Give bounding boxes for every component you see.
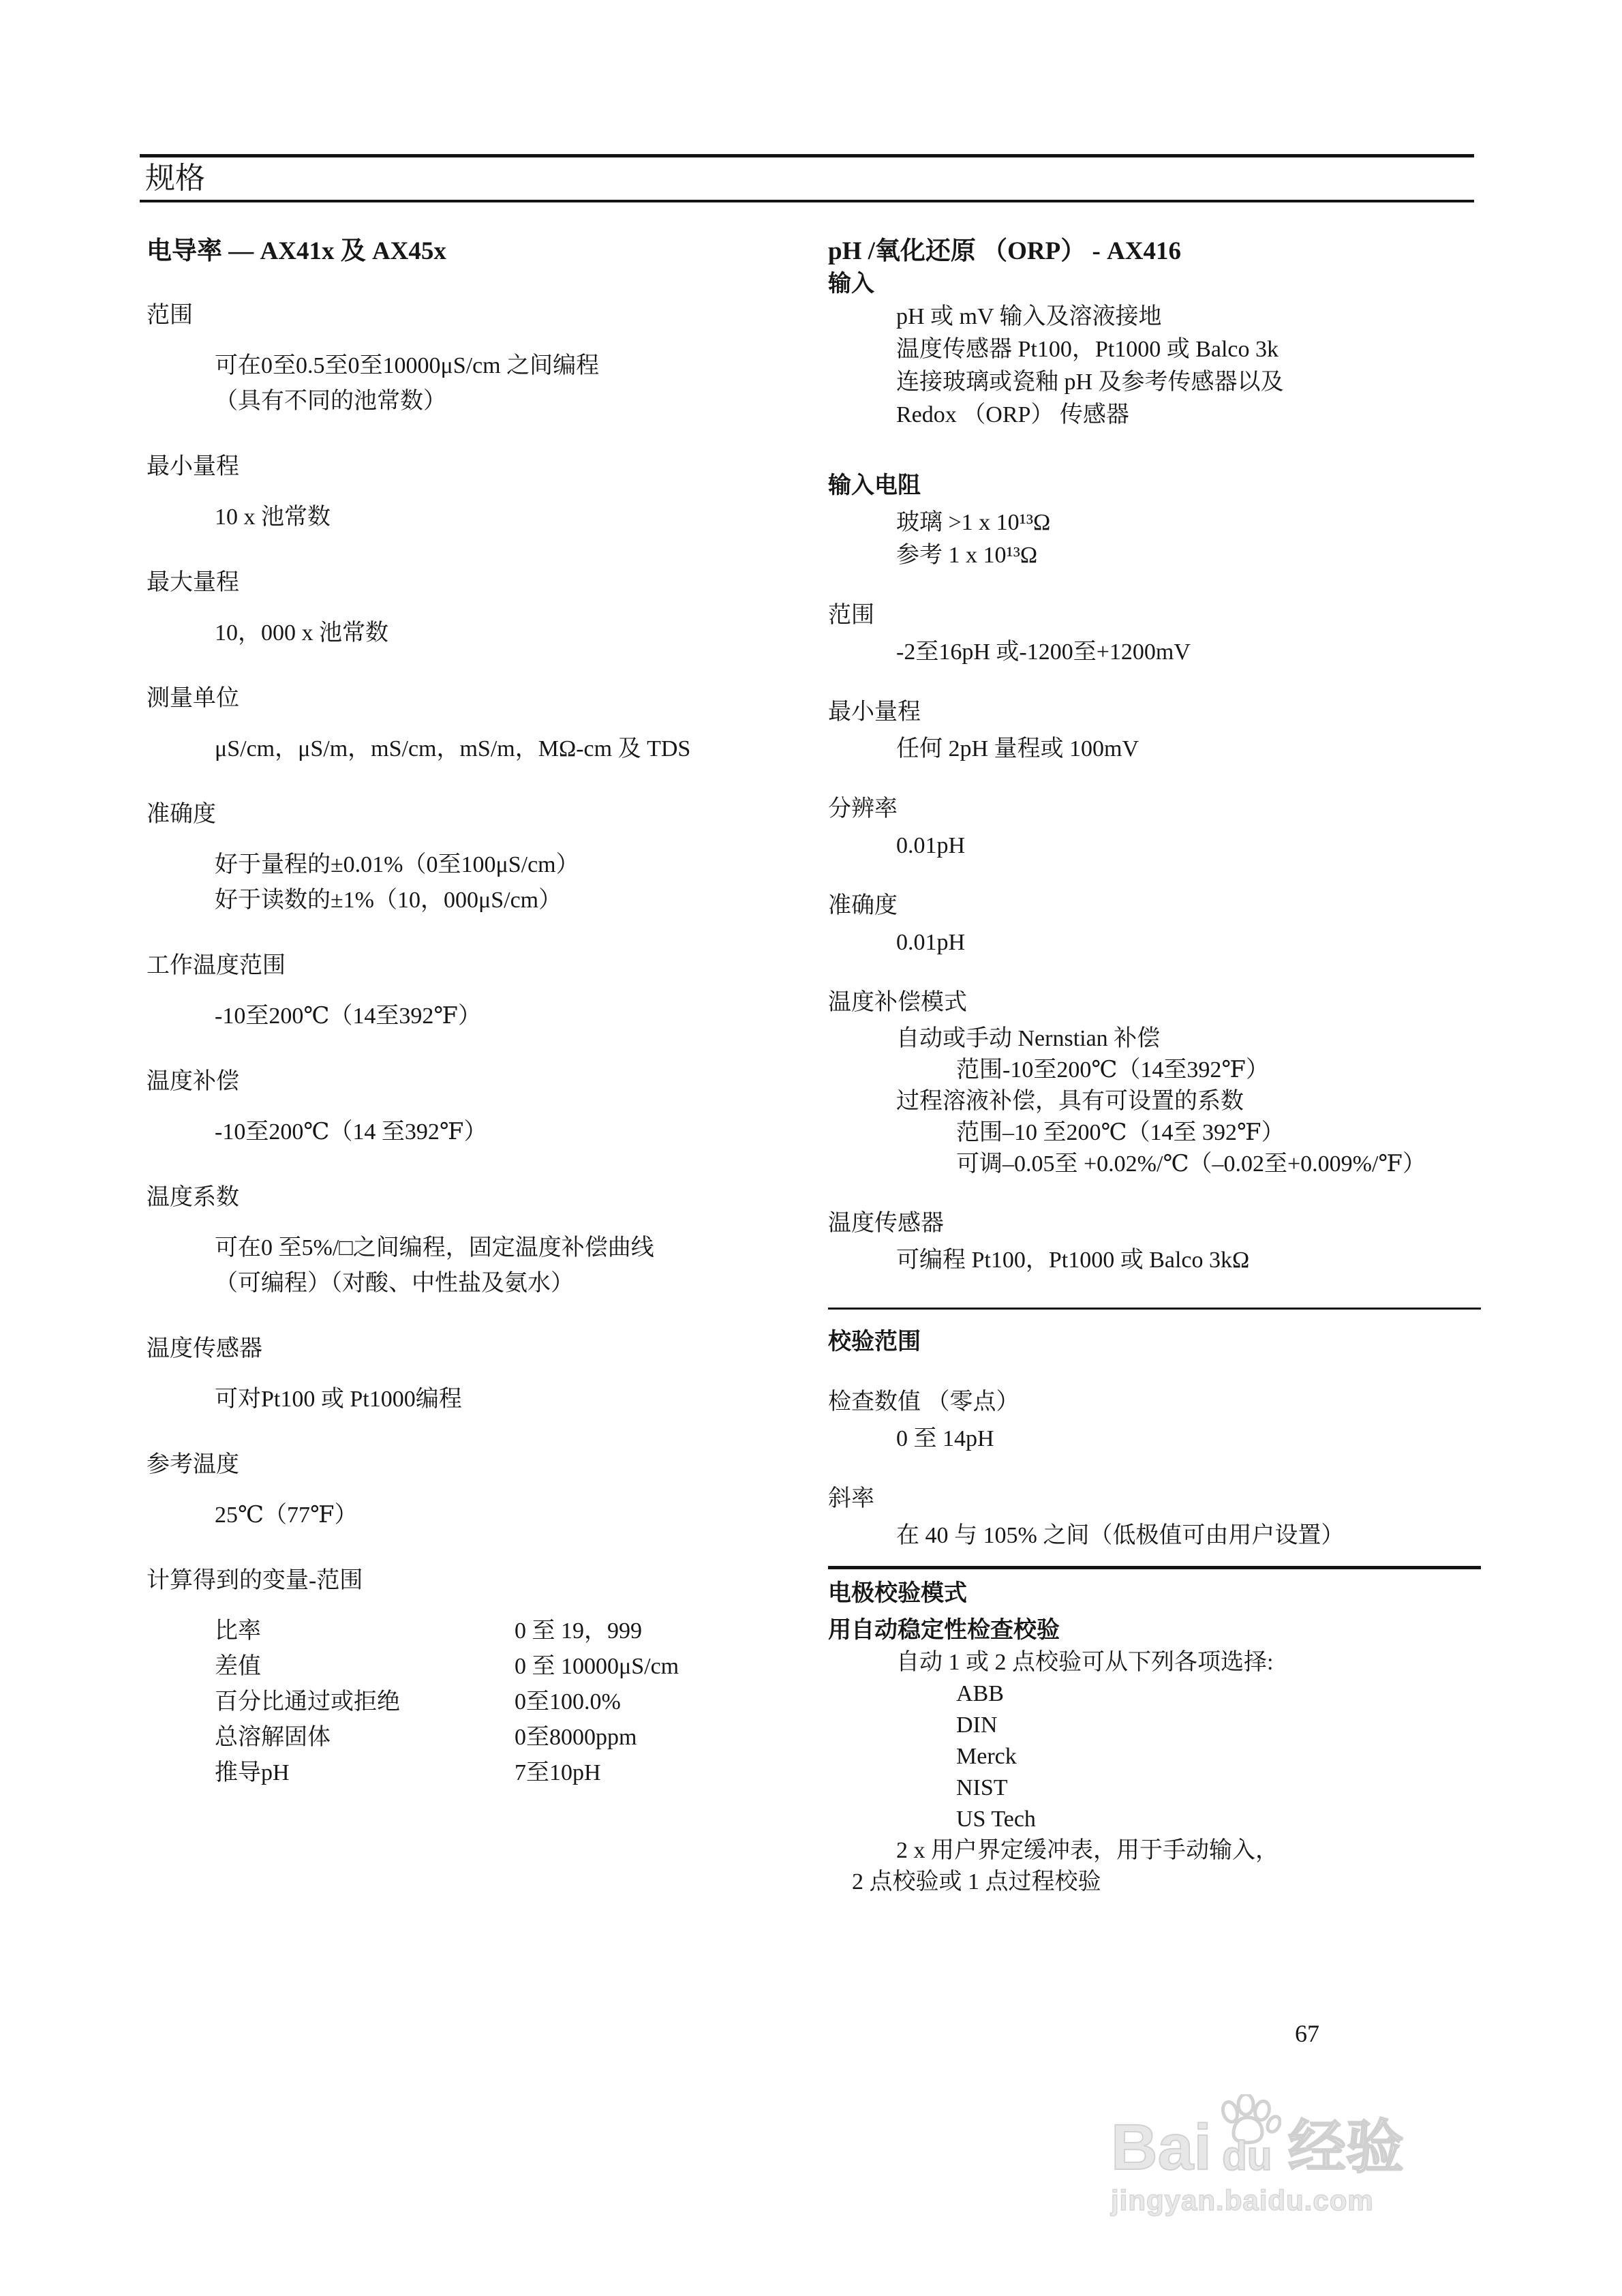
section-heading: 测量单位 xyxy=(147,682,791,715)
left-section-temp-coeff: 温度系数 可在0 至5%/□之间编程，固定温度补偿曲线 （可编程）（对酸、中性盐… xyxy=(147,1181,791,1301)
watermark-bai-text: Bai xyxy=(1111,2121,1212,2175)
watermark-paw-du: du xyxy=(1213,2094,1281,2175)
section-line: 过程溶液补偿，具有可设置的系数 xyxy=(828,1086,1481,1117)
left-column: 电导率 — AX41x 及 AX45x 范围 可在0至0.5至0至10000μS… xyxy=(147,235,791,1791)
buffer-option: Merck xyxy=(828,1741,1481,1772)
right-section-temp-comp-modes: 温度补偿模式 自动或手动 Nernstian 补偿 范围-10至200℃（14至… xyxy=(828,986,1481,1180)
section-line: 可在0 至5%/□之间编程，固定温度补偿曲线 xyxy=(147,1230,791,1266)
row-value: 7至10pH xyxy=(515,1760,601,1785)
left-section-max-span: 最大量程 10，000 x 池常数 xyxy=(147,567,791,651)
section-line: 0.01pH xyxy=(828,830,1481,862)
right-section-input-impedance: 输入电阻 玻璃 >1 x 10¹³Ω 参考 1 x 10¹³Ω xyxy=(828,470,1481,572)
section-line: 25℃（77℉） xyxy=(147,1498,791,1533)
left-section-accuracy: 准确度 好于量程的±0.01%（0至100μS/cm） 好于读数的±1%（10，… xyxy=(147,798,791,918)
section-heading: 参考温度 xyxy=(147,1449,791,1481)
section-heading: 温度系数 xyxy=(147,1181,791,1214)
row-value: 0 至 10000μS/cm xyxy=(515,1654,679,1679)
section-line: -10至200℃（14 至392℉） xyxy=(147,1115,791,1150)
section-heading: 工作温度范围 xyxy=(147,950,791,982)
section-line: Redox （ORP） 传感器 xyxy=(828,399,1481,432)
page-title: 规格 xyxy=(140,157,1474,200)
left-section-operating-temp: 工作温度范围 -10至200℃（14至392℉） xyxy=(147,950,791,1034)
left-section-temp-sensor: 温度传感器 可对Pt100 或 Pt1000编程 xyxy=(147,1333,791,1417)
section-heading: 温度传感器 xyxy=(147,1333,791,1365)
section-heading: 范围 xyxy=(828,599,1481,632)
section-heading: 最小量程 xyxy=(828,696,1481,729)
conductivity-title: 电导率 — AX41x 及 AX45x xyxy=(147,235,791,268)
left-section-range: 范围 可在0至0.5至0至10000μS/cm 之间编程 （具有不同的池常数） xyxy=(147,299,791,419)
section-heading: 准确度 xyxy=(147,798,791,831)
page-number: 67 xyxy=(1295,2019,1319,2048)
section-heading: 分辨率 xyxy=(828,793,1481,826)
section-line: 任何 2pH 量程或 100mV xyxy=(828,733,1481,766)
section-heading: 斜率 xyxy=(828,1483,1481,1515)
section-line: 可调–0.05至 +0.02%/℃（–0.02至+0.009%/℉） xyxy=(828,1149,1481,1180)
section-line: 10 x 池常数 xyxy=(147,500,791,535)
watermark-logo: Bai du 经验 xyxy=(1111,2049,1404,2175)
ph-orp-title: pH /氧化还原 （ORP） - AX416 xyxy=(828,235,1481,268)
section-heading: 输入 xyxy=(828,268,1481,301)
section-line: 玻璃 >1 x 10¹³Ω xyxy=(828,507,1481,539)
row-label: 总溶解固体 xyxy=(215,1720,515,1755)
right-section-resolution: 分辨率 0.01pH xyxy=(828,793,1481,862)
section-line: （具有不同的池常数） xyxy=(147,384,791,419)
section-line: 范围–10 至200℃（14至 392℉） xyxy=(828,1117,1481,1149)
right-column: pH /氧化还原 （ORP） - AX416 输入 pH 或 mV 输入及溶液接… xyxy=(828,235,1481,1898)
section-line: 可对Pt100 或 Pt1000编程 xyxy=(147,1382,791,1417)
left-section-calc-vars: 计算得到的变量-范围 比率0 至 19，999 差值0 至 10000μS/cm… xyxy=(147,1565,791,1791)
right-section-temp-sensor: 温度传感器 可编程 Pt100，Pt1000 或 Balco 3kΩ xyxy=(828,1207,1481,1277)
section-line: （可编程）（对酸、中性盐及氨水） xyxy=(147,1266,791,1301)
section-heading: 电极校验模式 xyxy=(828,1577,1481,1610)
table-row: 百分比通过或拒绝0至100.0% xyxy=(147,1685,791,1720)
section-heading: 范围 xyxy=(147,299,791,332)
section-line: 在 40 与 105% 之间（低极值可由用户设置） xyxy=(828,1520,1481,1552)
section-line: -2至16pH 或-1200至+1200mV xyxy=(828,636,1481,669)
section-heading: 输入电阻 xyxy=(828,470,1481,502)
buffer-option: US Tech xyxy=(828,1804,1481,1835)
section-line: 0.01pH xyxy=(828,926,1481,959)
row-value: 0 至 19，999 xyxy=(515,1618,642,1644)
table-row: 比率0 至 19，999 xyxy=(147,1614,791,1649)
row-label: 比率 xyxy=(215,1614,515,1649)
right-section-check-value: 检查数值 （零点） 0 至 14pH xyxy=(828,1386,1481,1455)
section-heading: 准确度 xyxy=(828,890,1481,922)
watermark-url: jingyan.baidu.com xyxy=(1111,2184,1404,2217)
section-line: -10至200℃（14至392℉） xyxy=(147,999,791,1034)
section-line: 2 点校验或 1 点过程校验 xyxy=(828,1867,1481,1898)
section-heading: 最小量程 xyxy=(147,451,791,483)
row-value: 0至100.0% xyxy=(515,1689,621,1715)
buffer-option: DIN xyxy=(828,1710,1481,1741)
row-label: 差值 xyxy=(215,1649,515,1685)
page-header: 规格 xyxy=(140,154,1474,202)
section-line: 好于量程的±0.01%（0至100μS/cm） xyxy=(147,847,791,883)
section-line: 10，000 x 池常数 xyxy=(147,616,791,651)
right-section-accuracy: 准确度 0.01pH xyxy=(828,890,1481,959)
section-line: 自动或手动 Nernstian 补偿 xyxy=(828,1023,1481,1055)
section-line: 可编程 Pt100，Pt1000 或 Balco 3kΩ xyxy=(828,1244,1481,1277)
divider-line xyxy=(828,1308,1481,1310)
row-label: 推导pH xyxy=(215,1755,515,1791)
left-section-ref-temp: 参考温度 25℃（77℉） xyxy=(147,1449,791,1533)
section-line: μS/cm，μS/m，mS/cm，mS/m，MΩ-cm 及 TDS xyxy=(147,731,791,767)
baidu-jingyan-watermark: Bai du 经验 jingyan.baidu.com xyxy=(1111,2049,1404,2217)
section-heading: 最大量程 xyxy=(147,567,791,599)
section-line: 自动 1 或 2 点校验可从下列各项选择: xyxy=(828,1647,1481,1678)
section-heading: 温度补偿模式 xyxy=(828,986,1481,1019)
table-row: 总溶解固体0至8000ppm xyxy=(147,1720,791,1755)
section-heading: 用自动稳定性检查校验 xyxy=(828,1614,1481,1647)
section-line: 可在0至0.5至0至10000μS/cm 之间编程 xyxy=(147,348,791,384)
row-label: 百分比通过或拒绝 xyxy=(215,1685,515,1720)
section-line: 连接玻璃或瓷釉 pH 及参考传感器以及 xyxy=(828,366,1481,399)
watermark-du-text: du xyxy=(1222,2138,1272,2175)
section-heading: 计算得到的变量-范围 xyxy=(147,1565,791,1597)
left-section-units: 测量单位 μS/cm，μS/m，mS/cm，mS/m，MΩ-cm 及 TDS xyxy=(147,682,791,767)
section-heading: 检查数值 （零点） xyxy=(828,1386,1481,1419)
section-heading: 温度传感器 xyxy=(828,1207,1481,1240)
watermark-jingyan-text: 经验 xyxy=(1288,2121,1404,2175)
buffer-option: NIST xyxy=(828,1772,1481,1804)
left-section-min-span: 最小量程 10 x 池常数 xyxy=(147,451,791,535)
right-section-electrode-cal: 电极校验模式 用自动稳定性检查校验 自动 1 或 2 点校验可从下列各项选择: … xyxy=(828,1577,1481,1898)
section-line: 2 x 用户界定缓冲表，用于手动输入， xyxy=(828,1835,1481,1867)
section-heading: 温度补偿 xyxy=(147,1066,791,1098)
section-line: 0 至 14pH xyxy=(828,1423,1481,1455)
cal-range-heading: 校验范围 xyxy=(828,1326,1481,1359)
section-line: 温度传感器 Pt100，Pt1000 或 Balco 3k xyxy=(828,333,1481,366)
table-row: 差值0 至 10000μS/cm xyxy=(147,1649,791,1685)
section-line: 参考 1 x 10¹³Ω xyxy=(828,539,1481,572)
row-value: 0至8000ppm xyxy=(515,1725,637,1750)
right-section-range: 范围 -2至16pH 或-1200至+1200mV xyxy=(828,599,1481,669)
right-section-slope: 斜率 在 40 与 105% 之间（低极值可由用户设置） xyxy=(828,1483,1481,1552)
table-row: 推导pH7至10pH xyxy=(147,1755,791,1791)
section-line: pH 或 mV 输入及溶液接地 xyxy=(828,301,1481,333)
right-section-input: 输入 pH 或 mV 输入及溶液接地 温度传感器 Pt100，Pt1000 或 … xyxy=(828,268,1481,432)
left-section-temp-comp: 温度补偿 -10至200℃（14 至392℉） xyxy=(147,1066,791,1150)
divider-line-thick xyxy=(828,1566,1481,1569)
buffer-option: ABB xyxy=(828,1678,1481,1710)
section-line: 好于读数的±1%（10，000μS/cm） xyxy=(147,883,791,918)
right-section-min-span: 最小量程 任何 2pH 量程或 100mV xyxy=(828,696,1481,766)
section-line: 范围-10至200℃（14至392℉） xyxy=(828,1055,1481,1086)
